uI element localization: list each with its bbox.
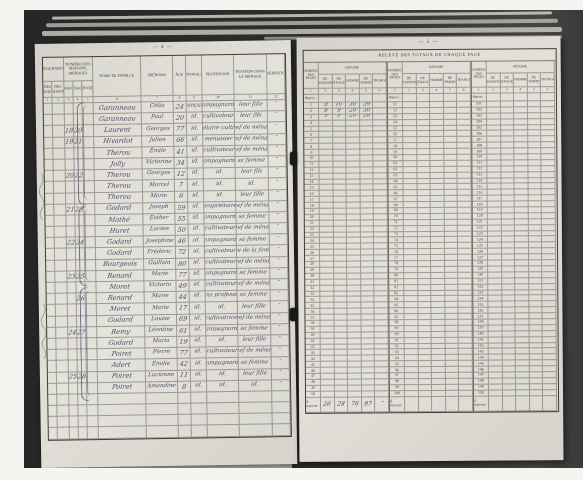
tally-entry: ″ xyxy=(378,114,381,119)
census-cell: 23 xyxy=(67,271,76,282)
census-entry: leur fille xyxy=(242,338,267,344)
tally-entry: 20 xyxy=(349,108,357,113)
census-cell: campagnarde xyxy=(207,358,239,370)
census-entry: chef de ménage xyxy=(235,125,268,131)
census-cell xyxy=(55,283,67,294)
census-entry: Godard xyxy=(106,205,132,212)
carry-total: ″ xyxy=(380,401,383,407)
census-entry: Esther xyxy=(149,216,169,222)
census-cell xyxy=(58,417,70,428)
census-entry: id. xyxy=(191,182,199,188)
census-cell: Joséphine xyxy=(144,236,176,248)
census-cell xyxy=(55,260,67,271)
census-entry: id. xyxy=(194,361,202,367)
census-entry: Française xyxy=(187,104,203,110)
census-entry: Therou xyxy=(106,183,131,190)
census-cell xyxy=(178,404,191,415)
census-cell: id. xyxy=(191,381,207,392)
census-cell: cultivateur xyxy=(205,258,237,270)
census-entry: id. xyxy=(194,350,202,356)
census-cell: Marie xyxy=(144,270,176,282)
census-cell xyxy=(69,405,78,416)
census-entry: Frédéric xyxy=(147,250,172,256)
census-entry: id. xyxy=(248,181,256,187)
census-cell xyxy=(67,260,76,271)
report-label: Report... xyxy=(472,94,487,102)
tally-entry: 26 xyxy=(349,114,357,119)
report-cell xyxy=(444,94,458,102)
census-entry: 46 xyxy=(177,238,186,245)
census-cell: père de la femme xyxy=(237,246,270,258)
census-entry: 7 xyxy=(178,182,183,188)
census-cell xyxy=(69,361,78,372)
resume-subheader: de femmes xyxy=(444,74,458,88)
census-cell xyxy=(239,402,272,414)
carry-cell: ″ xyxy=(375,397,389,412)
census-cell xyxy=(68,305,77,316)
census-entry: id. xyxy=(192,204,200,210)
census-entry: 8 xyxy=(182,383,187,389)
census-entry: id. xyxy=(191,137,199,143)
census-entry: id. xyxy=(215,171,223,177)
carry-cell xyxy=(432,396,446,411)
census-cell: 80 xyxy=(176,258,189,269)
census-cell xyxy=(57,394,69,405)
census-cell: id. xyxy=(190,314,206,325)
census-entry: Renard xyxy=(107,272,132,279)
column-header: ÂGE xyxy=(173,56,187,96)
census-cell xyxy=(99,416,147,428)
census-cell: id. xyxy=(191,359,207,370)
census-entry: 18 xyxy=(65,128,74,135)
census-entry: id. xyxy=(193,272,201,278)
census-cell: Émile xyxy=(142,147,174,159)
census-cell: id. xyxy=(191,370,207,381)
census-entry: Jolly xyxy=(110,160,126,167)
left-page: — 4 — DÉSIGNATIONNUMÉRO des maisons, mén… xyxy=(35,40,298,468)
census-entry: sa femme xyxy=(238,159,266,165)
census-entry: sans profession xyxy=(206,293,238,299)
census-cell: id. xyxy=(187,146,203,157)
census-cell: Georges xyxy=(142,124,174,136)
census-entry: ″ xyxy=(276,158,279,164)
census-cell: Victorin xyxy=(144,281,176,293)
resume-subheader: d'hommes xyxy=(346,74,360,88)
tally-entry: 9 xyxy=(337,108,341,113)
census-entry: Adert xyxy=(111,362,131,369)
census-cell: id. xyxy=(206,302,238,314)
census-entry: campagnarde xyxy=(203,159,235,165)
census-entry: chef de ménage xyxy=(237,226,270,232)
report-cell xyxy=(346,94,360,102)
census-entry: cultivatrice xyxy=(206,316,238,322)
census-cell: id. xyxy=(188,180,204,191)
census-cell xyxy=(54,171,66,182)
census-cell xyxy=(68,350,77,361)
census-cell: cultivateur xyxy=(206,347,238,359)
census-cell: cultivateur xyxy=(205,280,237,292)
resume-subheader: de maisons xyxy=(319,75,333,89)
census-cell xyxy=(146,404,178,416)
census-cell: 19 xyxy=(65,137,74,148)
census-cell: Therou xyxy=(95,181,143,193)
census-cell: chef de ménage xyxy=(238,346,271,358)
resume-header: RÉSUMÉ xyxy=(319,62,387,74)
census-cell: id. xyxy=(190,325,206,336)
census-cell xyxy=(54,215,66,226)
column-subheader: maisons xyxy=(64,81,73,97)
census-entry: cultivateur xyxy=(205,260,236,266)
census-entry: Victorine xyxy=(145,160,172,166)
census-cell xyxy=(57,372,69,383)
left-page-number: — 4 — xyxy=(35,43,291,52)
census-entry: campagnarde xyxy=(204,215,236,221)
census-cell: 34 xyxy=(174,158,187,169)
census-cell xyxy=(207,403,239,415)
census-cell xyxy=(178,392,191,403)
tally-entry: ″ xyxy=(378,102,381,107)
census-cell xyxy=(68,338,77,349)
census-cell xyxy=(70,417,79,428)
census-cell: Garanneau xyxy=(94,114,142,126)
census-cell: id. xyxy=(187,113,203,124)
census-entry: Therou xyxy=(106,194,131,201)
census-cell xyxy=(67,249,76,260)
census-cell: ″ xyxy=(270,279,288,290)
column-group-designation: DÉSIGNATION xyxy=(43,58,64,82)
census-entry: id. xyxy=(193,260,201,266)
census-cell: Godard xyxy=(97,315,145,327)
census-cell: ″ xyxy=(271,313,289,324)
census-cell: chef de ménage xyxy=(237,257,270,269)
census-cell: ″ xyxy=(268,122,286,133)
census-cell: id. xyxy=(188,191,204,202)
census-cell xyxy=(57,383,69,394)
census-cell: chef de ménage xyxy=(236,201,269,213)
census-cell xyxy=(44,137,53,148)
census-cell: 18 xyxy=(65,126,74,137)
census-cell: 20 xyxy=(174,113,187,124)
census-entry: Godard xyxy=(107,250,133,257)
census-cell: Renard xyxy=(97,293,145,305)
census-cell: ″ xyxy=(270,246,288,257)
census-cell xyxy=(208,425,240,437)
census-cell: Therou xyxy=(95,192,143,204)
census-cell: campagnarde xyxy=(206,325,238,337)
carry-cell xyxy=(459,396,473,411)
census-cell xyxy=(53,104,65,115)
census-cell xyxy=(67,226,76,237)
census-cell xyxy=(65,148,74,159)
census-cell xyxy=(65,103,74,114)
census-cell: Lucienne xyxy=(146,370,178,382)
census-cell: leur fils xyxy=(236,168,269,180)
census-cell xyxy=(179,415,192,426)
census-cell: id. xyxy=(190,292,206,303)
carry-total: 26 xyxy=(323,401,332,407)
census-entry: Laurent xyxy=(104,127,131,134)
census-cell xyxy=(65,115,74,126)
census-entry: ″ xyxy=(276,192,279,198)
tally-group: NUMÉRO des pagesRÉSUMÉde maisonsde ménag… xyxy=(472,61,557,411)
census-cell: ″ xyxy=(269,178,287,189)
census-cell xyxy=(273,413,291,424)
census-cell: ″ xyxy=(272,380,290,391)
column-header: POSITION dans le ménage xyxy=(234,54,268,95)
census-cell xyxy=(57,406,69,417)
census-entry: Renard xyxy=(107,295,132,302)
census-entry: 59 xyxy=(177,204,186,211)
census-cell xyxy=(69,394,78,405)
census-cell: Léontine xyxy=(145,326,177,338)
census-cell: sa femme xyxy=(237,235,270,247)
census-cell: Célia xyxy=(142,102,174,114)
census-entry: 25 xyxy=(69,374,78,381)
census-cell: Française xyxy=(187,101,203,112)
tally-entry: 9 xyxy=(323,103,327,108)
census-cell: sa femme xyxy=(238,324,271,336)
census-cell: id. xyxy=(207,381,239,393)
census-entry: id. xyxy=(194,327,202,333)
census-cell: 69 xyxy=(177,314,190,325)
census-cell xyxy=(147,426,179,438)
census-cell: 7 xyxy=(175,180,188,191)
census-cell: Marie xyxy=(145,292,177,304)
census-cell: Julien xyxy=(142,135,174,147)
census-entry: Therou xyxy=(105,149,130,156)
carry-label: À reporter xyxy=(474,396,489,411)
carry-cell xyxy=(419,397,433,412)
census-entry: 24 xyxy=(175,104,184,111)
report-cell xyxy=(333,95,347,103)
census-cell: id. xyxy=(187,157,203,168)
census-cell: Mathé xyxy=(95,214,143,226)
census-entry: chef de ménage xyxy=(237,282,270,288)
census-cell: 77 xyxy=(176,269,189,280)
census-cell xyxy=(56,338,68,349)
census-cell xyxy=(58,428,70,439)
census-cell: 19 xyxy=(177,337,190,348)
tally-entry: ″ xyxy=(378,108,381,113)
census-cell: chef de ménage xyxy=(238,313,271,325)
carry-cell xyxy=(503,396,517,411)
census-entry: Joseph xyxy=(149,205,169,211)
census-cell: ″ xyxy=(272,369,290,380)
census-entry: ″ xyxy=(275,125,278,131)
census-cell xyxy=(53,115,65,126)
column-subheader: individus xyxy=(82,81,93,97)
census-cell: Therou xyxy=(95,169,143,181)
census-cell: 21 xyxy=(66,204,75,215)
census-cell: Godard xyxy=(96,248,144,260)
census-cell: sa femme xyxy=(236,212,269,224)
census-cell xyxy=(98,393,146,405)
census-cell: Hivardot xyxy=(94,136,142,148)
census-entry: 42 xyxy=(179,361,188,368)
census-entry: ″ xyxy=(277,248,280,254)
census-entry: ″ xyxy=(278,315,281,321)
carry-cell xyxy=(516,396,530,411)
census-cell: id. xyxy=(204,168,236,180)
carry-label: À reporter xyxy=(390,397,405,412)
resume-subheader: de ménages xyxy=(416,74,430,88)
census-entry: 22 xyxy=(67,240,76,247)
census-entry: ″ xyxy=(275,147,278,153)
census-entry: 24 xyxy=(68,329,77,336)
report-cell xyxy=(528,93,542,101)
census-cell: 59 xyxy=(175,202,188,213)
census-entry: ″ xyxy=(278,282,281,288)
census-cell: Marie xyxy=(143,191,175,203)
census-entry: Célia xyxy=(150,104,165,110)
num-pages-header: NUMÉRO des pages xyxy=(304,63,319,89)
census-entry: campagnarde xyxy=(203,103,235,109)
census-entry: Émile xyxy=(149,149,166,155)
page-stack-edge xyxy=(46,19,558,27)
census-cell: Moret xyxy=(97,304,145,316)
census-cell: 61 xyxy=(177,325,190,336)
census-entry: cultivateur xyxy=(205,282,236,288)
carry-total: 28 xyxy=(337,401,346,407)
census-cell: Therou xyxy=(94,147,142,159)
census-entry: Godard xyxy=(108,317,134,324)
census-cell: id. xyxy=(204,179,236,191)
census-entry: ″ xyxy=(278,337,281,343)
census-cell xyxy=(240,414,273,426)
census-cell: ″ xyxy=(271,335,289,346)
census-cell: Bourgeois xyxy=(96,259,144,271)
census-cell: Poiret xyxy=(97,348,145,360)
census-entry: 20 xyxy=(66,172,75,179)
census-cell: Pierre xyxy=(145,348,177,360)
census-entry: id. xyxy=(193,294,201,300)
census-entry: id. xyxy=(219,383,227,389)
census-entry: père de la femme xyxy=(237,248,270,254)
tally-entry: 9 xyxy=(323,114,327,119)
census-entry: 77 xyxy=(176,126,185,133)
census-cell xyxy=(66,182,75,193)
census-entry: 20 xyxy=(175,115,184,122)
column-subheader: ménages xyxy=(73,81,82,97)
census-cell: id. xyxy=(189,258,205,269)
census-entry: ″ xyxy=(276,181,279,187)
census-cell xyxy=(66,193,75,204)
census-entry: 61 xyxy=(179,327,188,334)
num-pages-header: NUMÉRO des pages xyxy=(472,62,487,88)
census-entry: Therou xyxy=(106,171,131,178)
census-entry: sa femme xyxy=(240,326,268,332)
census-cell: 72 xyxy=(176,247,189,258)
census-cell: id. xyxy=(204,190,236,202)
census-entry: Marie xyxy=(151,294,169,300)
census-cell: 42 xyxy=(178,359,191,370)
census-entry: 44 xyxy=(178,294,187,301)
census-entry: Julien xyxy=(149,138,166,144)
binding-clasp-bottom xyxy=(290,308,297,321)
census-cell: Louise xyxy=(145,314,177,326)
census-cell: 41 xyxy=(174,146,187,157)
census-cell: Georges xyxy=(143,169,175,181)
census-cell: chef de ménage xyxy=(235,123,268,135)
census-cell: cultivateur xyxy=(203,112,235,124)
census-cell: id. xyxy=(190,348,206,359)
census-entry: id. xyxy=(193,283,201,289)
tally-entry: 30 xyxy=(348,102,356,107)
census-cell xyxy=(56,350,68,361)
right-page-number: — 5 — xyxy=(297,39,561,46)
report-cell xyxy=(403,94,417,102)
report-cell xyxy=(430,94,444,102)
census-cell xyxy=(66,215,75,226)
census-cell: campagnarde xyxy=(205,269,237,281)
census-cell: sa femme xyxy=(239,358,272,370)
census-cell: chef de ménage xyxy=(235,145,268,157)
census-entry: 50 xyxy=(177,227,186,234)
tally-entry: 8 xyxy=(323,109,327,114)
census-entry: 69 xyxy=(178,316,187,323)
census-cell: id. xyxy=(236,179,269,191)
census-cell: Godard xyxy=(95,203,143,215)
census-cell: ″ xyxy=(268,111,286,122)
census-entry: 66 xyxy=(176,137,185,144)
census-entry: 19 xyxy=(179,338,188,345)
census-cell xyxy=(53,137,65,148)
census-cell xyxy=(147,415,179,427)
census-cell: Frédéric xyxy=(144,247,176,259)
census-entry: 41 xyxy=(176,148,185,155)
census-entry: chef de ménage xyxy=(235,147,268,153)
census-cell: ″ xyxy=(271,324,289,335)
census-entry: 77 xyxy=(179,350,188,357)
census-cell: 20 xyxy=(66,171,75,182)
census-cell xyxy=(272,391,290,402)
report-label: Report... xyxy=(304,95,319,103)
resume-subheader: de femmes xyxy=(360,74,374,88)
census-entry: Victorin xyxy=(148,283,171,289)
census-cell xyxy=(56,305,68,316)
census-entry: Lucien xyxy=(149,227,169,233)
report-cell xyxy=(500,93,514,101)
census-entry: sa femme xyxy=(241,360,269,366)
report-cell xyxy=(457,94,471,102)
census-entry: ″ xyxy=(278,293,281,299)
census-cell xyxy=(68,294,77,305)
resume-header: RÉSUMÉ xyxy=(487,61,555,73)
census-entry: id. xyxy=(192,193,200,199)
census-cell: ″ xyxy=(268,145,286,156)
census-cell: campagnarde xyxy=(203,101,235,113)
census-cell: id. xyxy=(239,380,272,392)
census-entry: cultivateur xyxy=(203,148,234,154)
report-cell xyxy=(319,95,333,103)
census-cell: Laurent xyxy=(94,125,142,137)
census-entry: ″ xyxy=(279,349,282,355)
census-entry: id. xyxy=(215,182,223,188)
census-entry: 72 xyxy=(177,249,186,256)
census-cell: campagnarde xyxy=(203,157,235,169)
resume-subheader: de ménages xyxy=(332,75,346,89)
census-cell: ″ xyxy=(270,268,288,279)
census-entry: ″ xyxy=(278,304,281,310)
census-entry: Poiret xyxy=(111,373,132,380)
census-entry: Garanneau xyxy=(98,115,136,122)
census-cell: ″ xyxy=(268,100,286,111)
census-entry: Marie xyxy=(151,272,169,278)
carry-label: À reporter xyxy=(306,397,321,412)
carry-cell xyxy=(405,397,419,412)
census-cell xyxy=(207,392,239,404)
census-entry: campagnarde xyxy=(206,327,238,333)
